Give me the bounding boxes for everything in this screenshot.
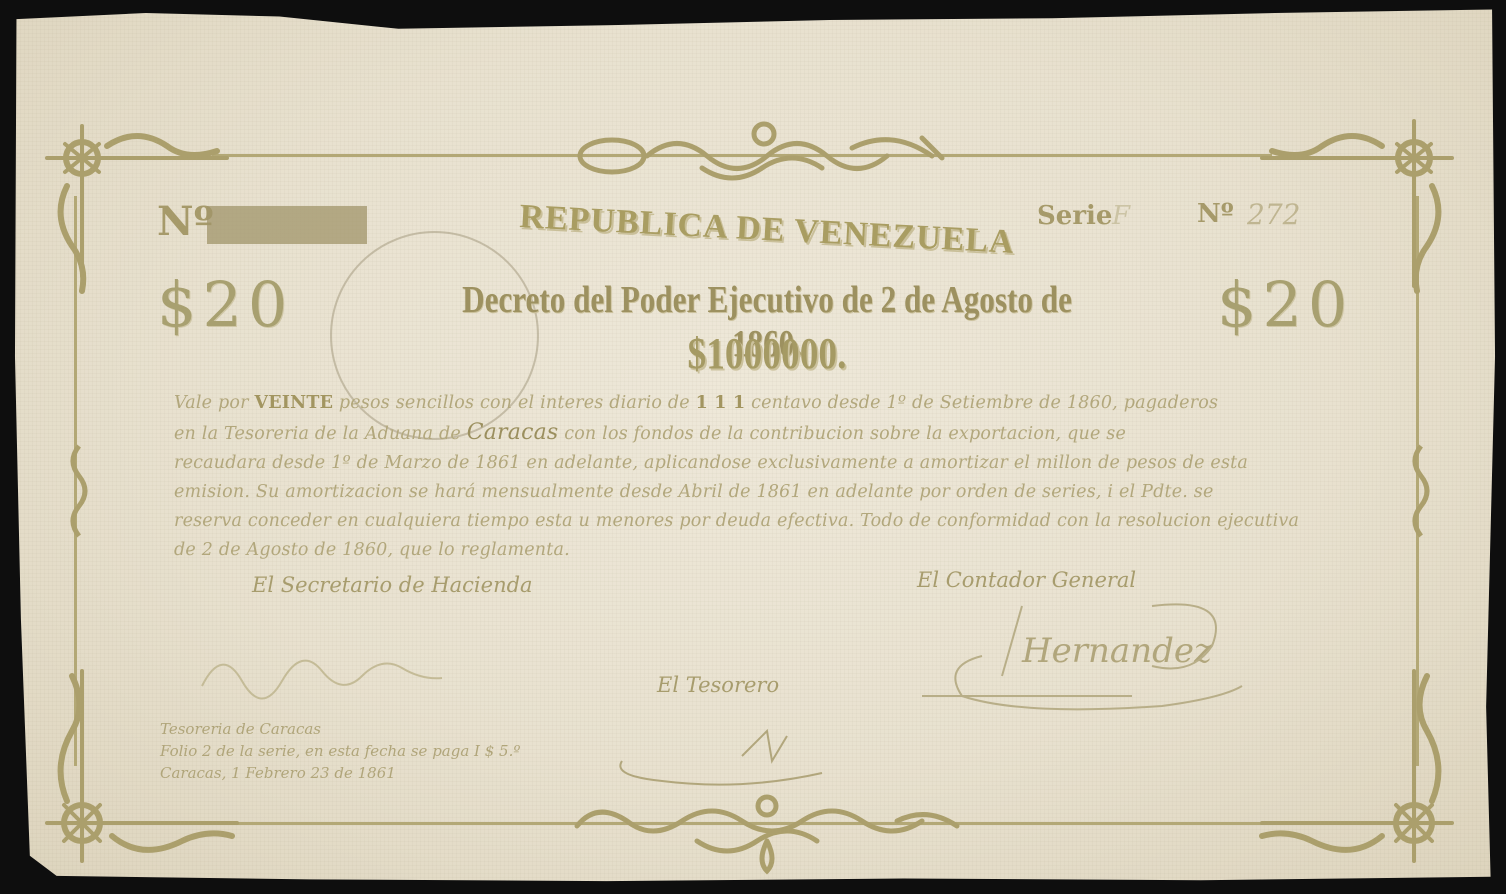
document-paper: Nº $20 $20 REPUBLICA DE VENEZUELA Decret… bbox=[12, 6, 1498, 882]
treasury-note-line-2: Folio 2 de la serie, en esta fecha se pa… bbox=[160, 740, 520, 762]
denomination-right: $20 bbox=[1217, 268, 1353, 341]
treasurer-label: El Tesorero bbox=[657, 673, 779, 697]
body-line-4: emision. Su amortizacion se hará mensual… bbox=[174, 478, 1364, 507]
serial-number-label: Nº bbox=[157, 198, 214, 245]
document-title: REPUBLICA DE VENEZUELA bbox=[516, 198, 1017, 262]
denomination-left: $20 bbox=[157, 268, 293, 341]
secretary-label: El Secretario de Hacienda bbox=[252, 573, 533, 597]
total-issue-amount: $1000000. bbox=[669, 328, 865, 379]
body-line-2: en la Tesoreria de la Aduana de Caracas … bbox=[174, 418, 1364, 449]
accountant-flourish-icon bbox=[912, 596, 1272, 736]
serie-number-label: Nº bbox=[1197, 199, 1234, 229]
treasury-notes: Tesoreria de Caracas Folio 2 de la serie… bbox=[160, 718, 520, 784]
treasury-note-line-3: Caracas, 1 Febrero 23 de 1861 bbox=[160, 762, 520, 784]
bottom-center-scrollwork-icon bbox=[567, 786, 987, 876]
body-line-6: de 2 de Agosto de 1860, que lo reglament… bbox=[174, 536, 1364, 565]
corner-ornament-bottom-right-icon bbox=[1262, 671, 1472, 871]
treasurer-signature-icon bbox=[612, 726, 842, 796]
secretary-signature-icon bbox=[192, 636, 492, 706]
body-line-5: reserva conceder en cualquiera tiempo es… bbox=[174, 507, 1364, 536]
serie-value: F bbox=[1112, 201, 1130, 231]
top-center-scrollwork-icon bbox=[552, 118, 972, 198]
amount-word: VEINTE bbox=[254, 393, 333, 413]
accountant-label: El Contador General bbox=[917, 568, 1136, 592]
right-side-knot-icon bbox=[1406, 446, 1436, 546]
interest-rate: 1 1 1 bbox=[696, 393, 746, 413]
body-line-3: recaudara desde 1º de Marzo de 1861 en a… bbox=[174, 449, 1364, 478]
city-name: Caracas bbox=[467, 420, 559, 445]
body-line-1: Vale por VEINTE pesos sencillos con el i… bbox=[174, 389, 1364, 418]
serie-number-value: 272 bbox=[1247, 198, 1300, 231]
serie-label: Serie bbox=[1037, 201, 1112, 231]
treasury-note-line-1: Tesoreria de Caracas bbox=[160, 718, 520, 740]
serial-number-redacted bbox=[207, 206, 367, 244]
left-side-knot-icon bbox=[64, 446, 94, 546]
bond-body-text: Vale por VEINTE pesos sencillos con el i… bbox=[174, 389, 1364, 565]
